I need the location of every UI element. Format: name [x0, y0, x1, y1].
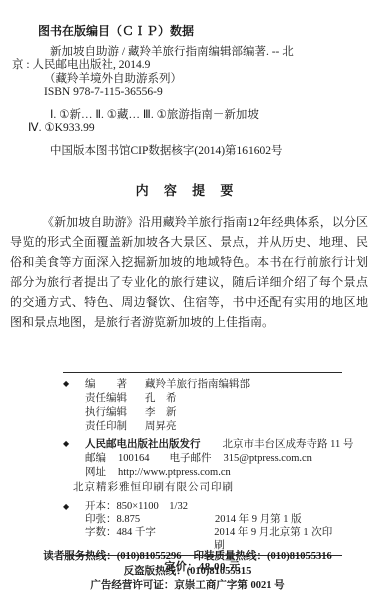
book-copyright-page: 图书在版编目（ＣＩＰ）数据 新加坡自助游 / 藏羚羊旅行指南编辑部编著. -- …	[0, 0, 375, 600]
format-row: ◆开本：850×1100 1/32	[63, 500, 342, 513]
quality-hotline: 印装质量热线：(010)81055316	[194, 551, 332, 562]
printer-row: 北京精彩雅恒印刷有限公司印刷	[63, 481, 342, 495]
postcode-value: 100164	[118, 453, 150, 464]
postcode-email-row: 邮编100164电子邮件315@ptpress.com.cn	[63, 452, 342, 466]
top-rule	[63, 372, 342, 373]
cip-record-number: 中国版本图书馆CIP数据核字(2014)第161602号	[50, 145, 375, 159]
sheets-cell: 印张：8.875	[63, 513, 215, 526]
print-specs: ◆开本：850×1100 1/32 印张：8.875 2014 年 9 月第 1…	[63, 500, 342, 552]
cip-publisher-line: 京 : 人民邮电出版社, 2014.9	[12, 59, 375, 73]
postcode-label: 邮编	[85, 453, 106, 464]
diamond-bullet-icon: ◆	[63, 437, 85, 451]
cip-heading: 图书在版编目（ＣＩＰ）数据	[38, 25, 375, 39]
staff-label: 编 著	[85, 378, 145, 392]
staff-label: 责任编辑	[85, 392, 145, 406]
staff-row-editor: 责任编辑孔 希	[63, 392, 342, 406]
staff-label: 责任印制	[85, 420, 145, 434]
cip-section: 图书在版编目（ＣＩＰ）数据 新加坡自助游 / 藏羚羊旅行指南编辑部编著. -- …	[0, 0, 375, 158]
sheets-row: 印张：8.875 2014 年 9 月第 1 版	[63, 513, 342, 526]
staff-value: 李 新	[145, 407, 177, 418]
cip-classification-line: Ⅰ. ①新… Ⅱ. ①藏… Ⅲ. ①旅游指南－新加坡	[50, 109, 375, 123]
publisher-row: ◆人民邮电出版社出版发行北京市丰台区成寿寺路 11 号	[63, 437, 342, 452]
staff-value: 周昇亮	[145, 421, 177, 432]
antipiracy-hotline: 反盗版热线：(010)81055315	[0, 565, 375, 580]
sheets-value: 8.875	[117, 514, 141, 525]
cip-class-number: Ⅳ. ①K933.99	[28, 122, 375, 136]
cip-title-line: 新加坡自助游 / 藏羚羊旅行指南编辑部编著. -- 北	[50, 46, 375, 60]
summary-heading: 内 容 提 要	[0, 180, 375, 199]
diamond-bullet-icon: ◆	[63, 500, 85, 513]
diamond-bullet-icon: ◆	[63, 377, 85, 391]
words-cell: 字数：484 千字	[63, 526, 214, 552]
words-label: 字数：	[85, 527, 117, 538]
website-value: http://www.ptpress.com.cn	[118, 467, 231, 478]
footer-hotlines: 读者服务热线：(010)81055296印装质量热线：(010)81055316…	[0, 550, 375, 594]
reader-hotline: 读者服务热线：(010)81055296	[43, 551, 181, 562]
words-value: 484 千字	[117, 527, 156, 538]
format-label: 开本：	[85, 500, 117, 513]
format-value: 850×1100 1/32	[117, 500, 188, 513]
staff-row-print-supervisor: 责任印制周昇亮	[63, 420, 342, 434]
ad-license: 广告经营许可证：京崇工商广字第 0021 号	[0, 579, 375, 594]
publisher-name: 人民邮电出版社出版发行	[85, 439, 201, 450]
cip-series-line: （藏羚羊境外自助游系列）	[44, 73, 375, 87]
hotline-row-1: 读者服务热线：(010)81055296印装质量热线：(010)81055316	[0, 550, 375, 565]
email-label: 电子邮件	[170, 453, 212, 464]
email-value: 315@ptpress.com.cn	[224, 453, 312, 464]
website-label: 网址	[85, 467, 106, 478]
staff-row-author: ◆编 著藏羚羊旅行指南编辑部	[63, 377, 342, 392]
edition-value: 2014 年 9 月第 1 版	[215, 513, 302, 526]
staff-label: 执行编辑	[85, 406, 145, 420]
colophon-section: ◆编 著藏羚羊旅行指南编辑部 责任编辑孔 希 执行编辑李 新 责任印制周昇亮 ◆…	[63, 372, 342, 574]
staff-value: 藏羚羊旅行指南编辑部	[145, 379, 250, 390]
printing-value: 2014 年 9 月北京第 1 次印刷	[214, 526, 342, 552]
sheets-label: 印张：	[85, 514, 117, 525]
staff-row-exec-editor: 执行编辑李 新	[63, 406, 342, 420]
cip-isbn: ISBN 978-7-115-36556-9	[44, 86, 375, 100]
website-row: 网址http://www.ptpress.com.cn	[63, 466, 342, 480]
summary-paragraph: 《新加坡自助游》沿用藏羚羊旅行指南12年经典体系，以分区导览的形式全面覆盖新加坡…	[10, 212, 368, 332]
staff-value: 孔 希	[145, 393, 177, 404]
publisher-address: 北京市丰台区成寿寺路 11 号	[223, 439, 354, 450]
words-row: 字数：484 千字 2014 年 9 月北京第 1 次印刷	[63, 526, 342, 552]
